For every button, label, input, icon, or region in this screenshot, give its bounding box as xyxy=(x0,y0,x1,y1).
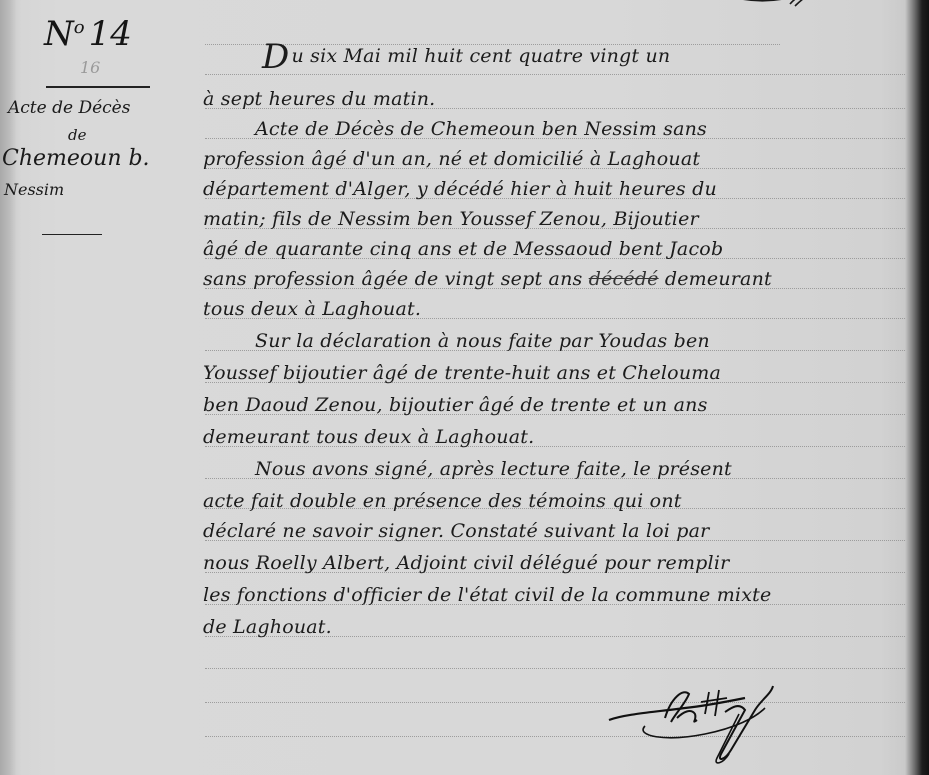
body-line-5: département d'Alger, y décédé hier à hui… xyxy=(203,178,717,200)
line-text: demeurant xyxy=(659,268,772,290)
record-number: No14 xyxy=(44,14,132,54)
body-line-7: âgé de quarante cinq ans et de Messaoud … xyxy=(203,238,723,260)
ruled-line xyxy=(205,668,905,669)
margin-divider xyxy=(46,86,150,88)
body-line-19: de Laghouat. xyxy=(203,616,332,638)
margin-deceased-surname: Nessim xyxy=(4,180,64,199)
margin-title: Acte de Décès xyxy=(8,98,130,118)
body-line-6: matin; fils de Nessim ben Youssef Zenou,… xyxy=(203,208,699,230)
body-line-18: les fonctions d'officier de l'état civil… xyxy=(203,584,771,606)
body-line-3: Acte de Décès de Chemeoun ben Nessim san… xyxy=(255,118,707,140)
number-value: 14 xyxy=(89,14,132,54)
number-prefix: N xyxy=(44,14,74,54)
body-line-4: profession âgé d'un an, né et domicilié … xyxy=(203,148,700,170)
body-line-16: déclaré ne savoir signer. Constaté suiva… xyxy=(203,520,709,542)
body-line-12: ben Daoud Zenou, bijoutier âgé de trente… xyxy=(203,394,708,416)
body-line-2: à sept heures du matin. xyxy=(203,88,435,110)
margin-deceased-name: Chemeoun b. xyxy=(2,146,150,171)
body-line-14: Nous avons signé, après lecture faite, l… xyxy=(255,458,732,480)
body-line-9: tous deux à Laghouat. xyxy=(203,298,421,320)
pencil-number: 16 xyxy=(80,58,100,77)
previous-signature-fragment xyxy=(735,0,845,16)
officer-signature xyxy=(605,678,815,768)
number-superscript: o xyxy=(74,17,85,38)
body-line-1: Du six Mai mil huit cent quatre vingt un xyxy=(262,40,670,74)
line-text: sans profession âgée de vingt sept ans xyxy=(203,268,589,290)
body-line-15: acte fait double en présence des témoins… xyxy=(203,490,682,512)
body-line-10: Sur la déclaration à nous faite par Youd… xyxy=(255,330,710,352)
body-line-8: sans profession âgée de vingt sept ans d… xyxy=(203,268,772,290)
body-line-17: nous Roelly Albert, Adjoint civil délégu… xyxy=(203,552,729,574)
struck-word: décédé xyxy=(589,268,659,290)
margin-title-de: de xyxy=(68,126,86,144)
margin-divider-bottom xyxy=(42,234,102,235)
decorative-initial: D xyxy=(262,37,289,77)
line-text: u six Mai mil huit cent quatre vingt un xyxy=(291,45,670,67)
body-line-11: Youssef bijoutier âgé de trente-huit ans… xyxy=(203,362,721,384)
body-line-13: demeurant tous deux à Laghouat. xyxy=(203,426,534,448)
document-page: No14 16 Acte de Décès de Chemeoun b. Nes… xyxy=(0,0,929,775)
ruled-line xyxy=(205,74,905,75)
